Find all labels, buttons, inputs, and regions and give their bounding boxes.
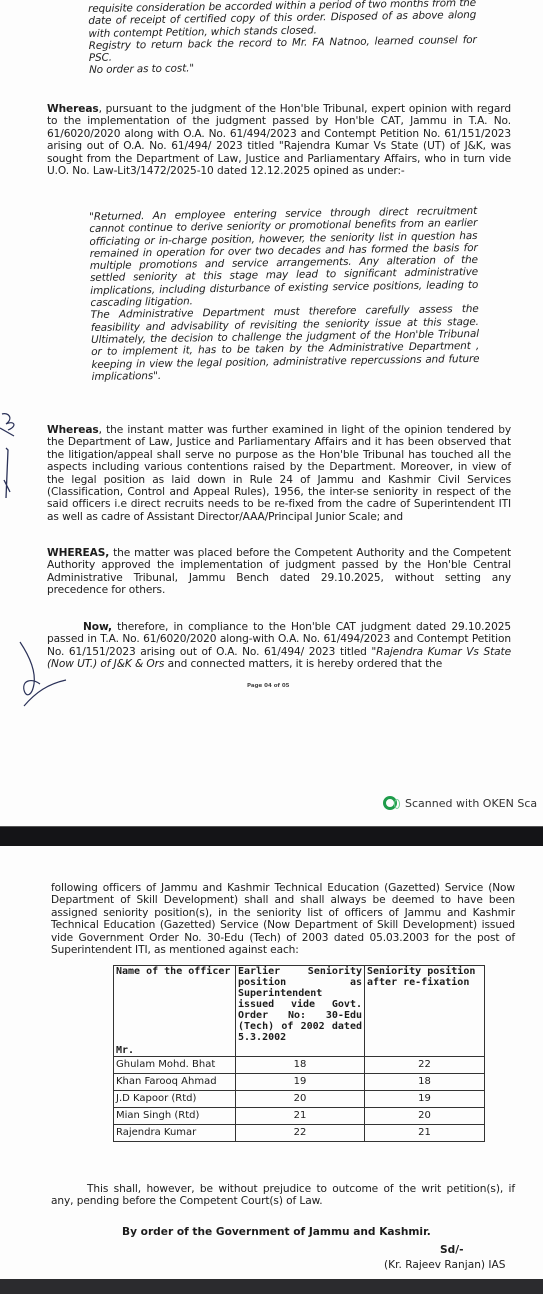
signatory-name: (Kr. Rajeev Ranjan) IAS (384, 1259, 506, 1271)
seniority-table: Name of the officer Mr. Earlier Seniorit… (113, 965, 485, 1142)
header-position-after-refixation: Seniority position after re-fixation (365, 966, 485, 1057)
paragraph-text-end: and connected matters, it is hereby orde… (164, 658, 442, 670)
margin-signature-icon (0, 410, 22, 500)
refixed-position-cell: 20 (365, 1108, 485, 1125)
whereas-lead: Whereas (47, 103, 99, 115)
officer-name-cell: Rajendra Kumar (114, 1125, 236, 1142)
law-department-opinion: "Returned. An employee entering service … (89, 205, 480, 383)
initial-signature-icon (18, 640, 68, 710)
table-header-row: Name of the officer Mr. Earlier Seniorit… (114, 966, 485, 1057)
whereas-paragraph-2: Whereas, the instant matter was further … (47, 424, 511, 523)
scanner-watermark: Scanned with OKEN Sca (383, 796, 537, 810)
court-order-quote: requisite consideration be accorded with… (88, 0, 477, 77)
refixed-position-cell: 22 (365, 1057, 485, 1074)
officer-name-cell: Ghulam Mohd. Bhat (114, 1057, 236, 1074)
earlier-position-cell: 22 (236, 1125, 365, 1142)
table-row: Ghulam Mohd. Bhat1822 (114, 1057, 485, 1074)
header-name-sub: Mr. (116, 1045, 134, 1056)
viewer-bottom-bar (0, 1279, 543, 1294)
now-lead: Now, (83, 621, 112, 633)
whereas-paragraph-1: Whereas, pursuant to the judgment of the… (47, 103, 511, 177)
whereas-paragraph-3: WHEREAS, the matter was placed before th… (47, 547, 511, 597)
document-page-4: requisite consideration be accorded with… (0, 0, 543, 826)
refixed-position-cell: 18 (365, 1074, 485, 1091)
header-name-label: Name of the officer (116, 966, 230, 977)
paragraph-text: , the instant matter was further examine… (47, 424, 511, 523)
signed-mark: Sd/- (440, 1244, 463, 1256)
table-row: Rajendra Kumar2221 (114, 1125, 485, 1142)
paragraph-text: , pursuant to the judgment of the Hon'bl… (47, 103, 511, 177)
table-row: Mian Singh (Rtd)2120 (114, 1108, 485, 1125)
table-row: J.D Kapoor (Rtd)2019 (114, 1091, 485, 1108)
oken-scanner-logo-icon (383, 796, 397, 810)
opinion-part-2: The Administrative Department must there… (91, 303, 480, 383)
earlier-position-cell: 18 (236, 1057, 365, 1074)
earlier-position-cell: 19 (236, 1074, 365, 1091)
earlier-position-cell: 20 (236, 1091, 365, 1108)
prejudice-note: This shall, however, be without prejudic… (51, 1183, 515, 1208)
order-continuation-paragraph: following officers of Jammu and Kashmir … (51, 882, 515, 956)
whereas-lead: WHEREAS, (47, 547, 109, 559)
table-body: Ghulam Mohd. Bhat1822Khan Farooq Ahmad19… (114, 1057, 485, 1142)
earlier-position-cell: 21 (236, 1108, 365, 1125)
refixed-position-cell: 19 (365, 1091, 485, 1108)
opinion-part-1: "Returned. An employee entering service … (89, 205, 478, 309)
header-earlier-position: Earlier Seniority position as Superinten… (236, 966, 365, 1057)
page-number: Page 04 of 05 (247, 683, 290, 689)
officer-name-cell: Khan Farooq Ahmad (114, 1074, 236, 1091)
refixed-position-cell: 21 (365, 1125, 485, 1142)
officer-name-cell: J.D Kapoor (Rtd) (114, 1091, 236, 1108)
whereas-lead: Whereas (47, 424, 99, 436)
now-therefore-paragraph: Now, therefore, in compliance to the Hon… (47, 621, 511, 671)
paragraph-text: the matter was placed before the Compete… (47, 547, 511, 596)
scanner-watermark-text: Scanned with OKEN Sca (405, 797, 537, 810)
officer-name-cell: Mian Singh (Rtd) (114, 1108, 236, 1125)
header-officer-name: Name of the officer Mr. (114, 966, 236, 1057)
table-row: Khan Farooq Ahmad1918 (114, 1074, 485, 1091)
closing-line: By order of the Government of Jammu and … (122, 1226, 431, 1238)
